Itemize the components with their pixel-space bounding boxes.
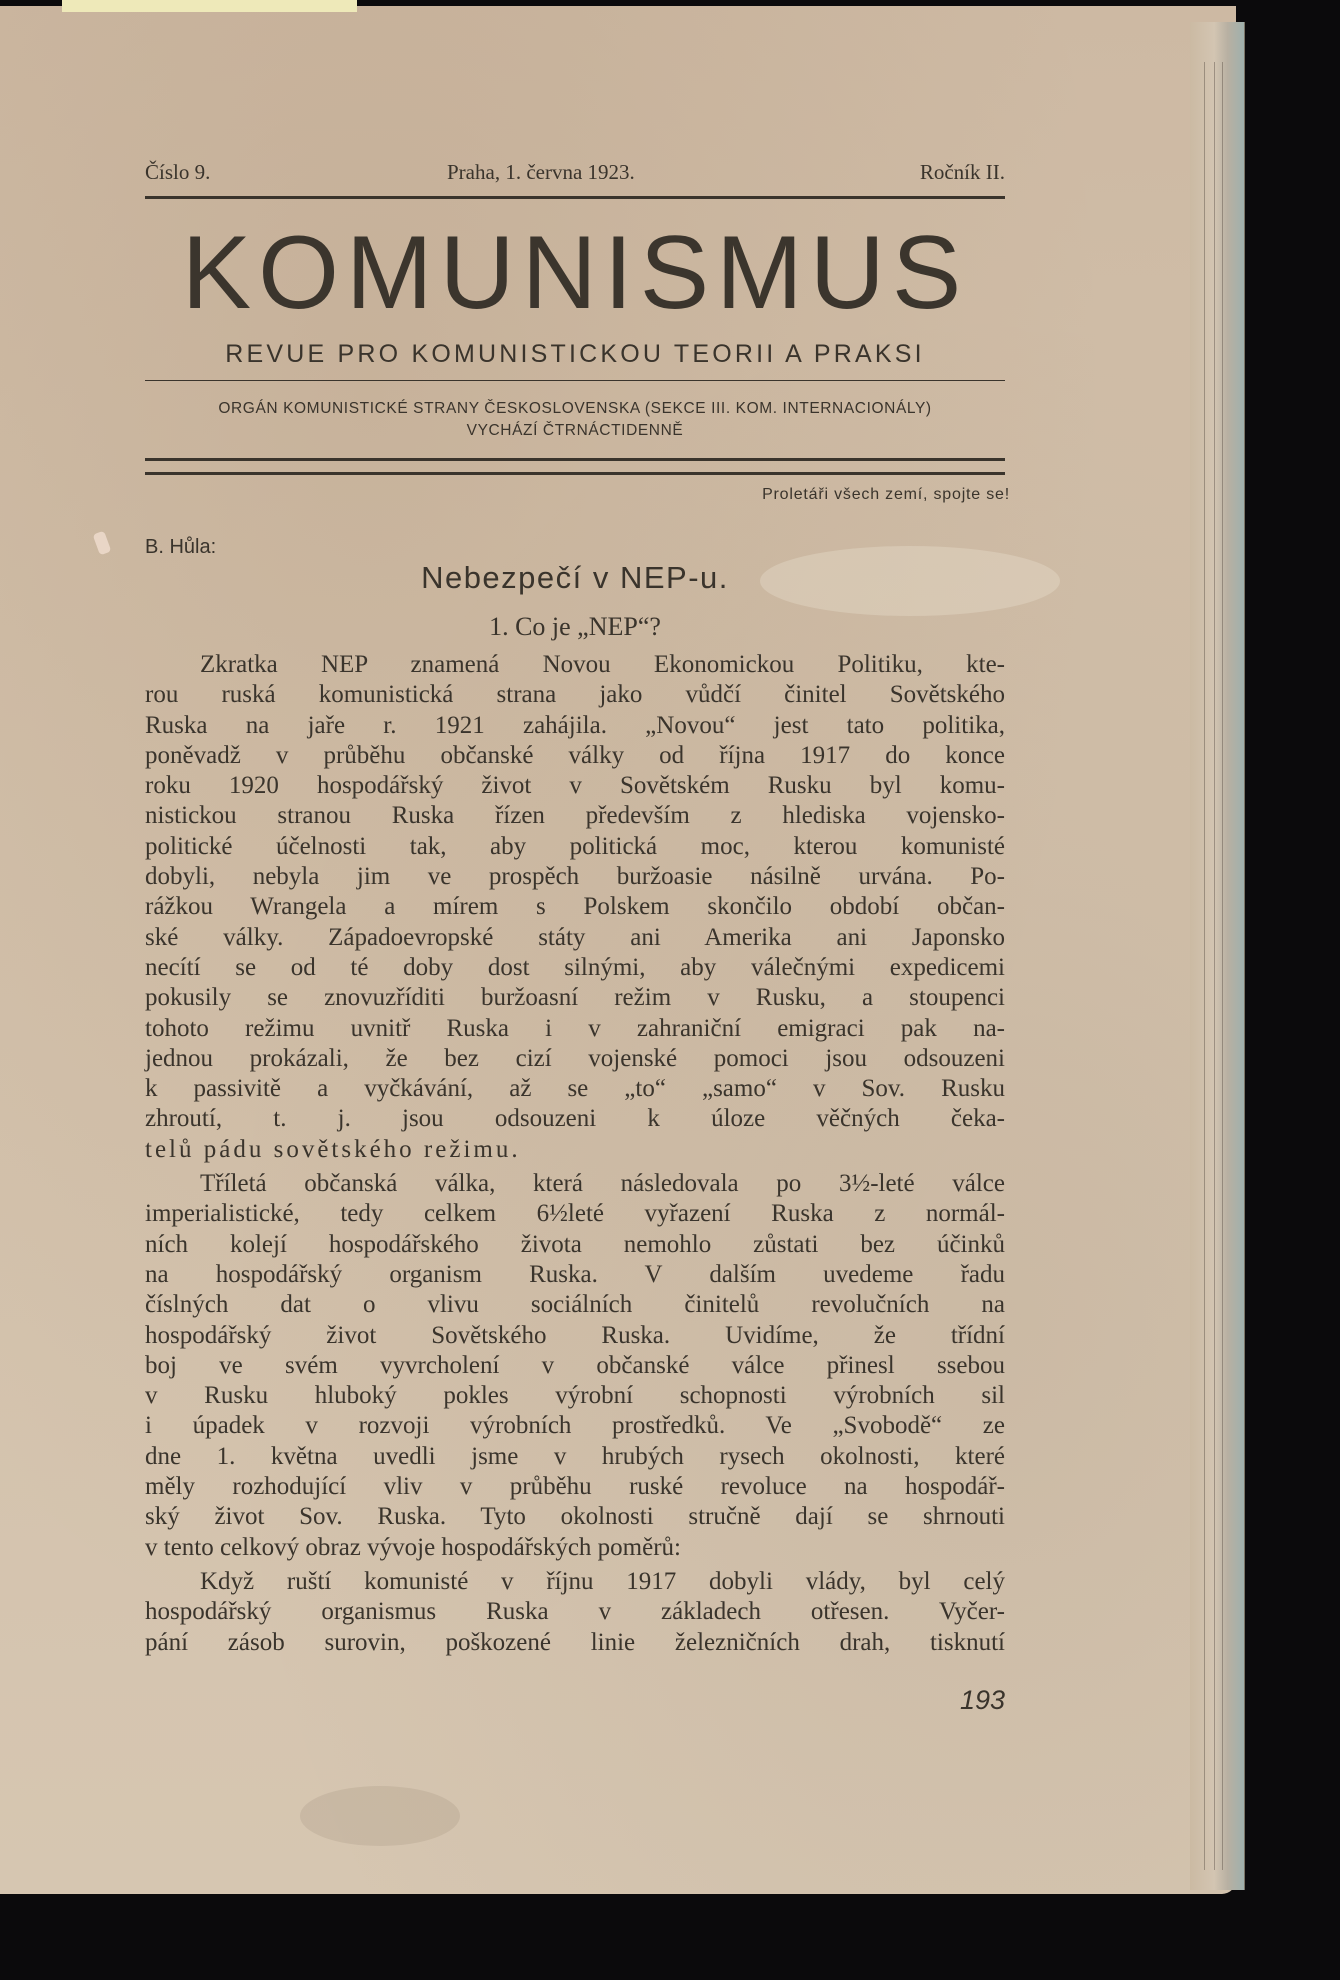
text-line: poněvadž v průběhu občanské války od říj… [145,741,1005,771]
place-date: Praha, 1. června 1923. [447,160,635,185]
masthead-title: KOMUNISMUS [140,218,1010,328]
organ-line: ORGÁN KOMUNISTICKÉ STRANY ČESKOSLOVENSKA… [140,398,1010,420]
text-line: hospodářský organismus Ruska v základech… [145,1597,1005,1627]
text-line: měly rozhodující vliv v průběhu ruské re… [145,1472,1005,1502]
text-line: číslných dat o vlivu sociálních činitelů… [145,1290,1005,1320]
text-line: ské války. Západoevropské státy ani Amer… [145,923,1005,953]
page-number: 193 [900,1685,1005,1716]
page-edge-line [1204,62,1205,1870]
publication-frequency: VYCHÁZÍ ČTRNÁCTIDENNĚ [140,420,1010,442]
text-line: roku 1920 hospodářský život v Sovětském … [145,771,1005,801]
text-line: rou ruská komunistická strana jako vůdčí… [145,680,1005,710]
paper-strip [62,0,357,12]
text-line: imperialistické, tedy celkem 6½leté vyřa… [145,1199,1005,1229]
text-line: na hospodářský organism Ruska. V dalším … [145,1260,1005,1290]
paragraph: Tříletá občanská válka, která následoval… [145,1169,1005,1563]
text-line: ních kolejí hospodářského života nemohlo… [145,1230,1005,1260]
text-line: v Rusku hluboký pokles výrobní schopnost… [145,1381,1005,1411]
section-heading: 1. Co je „NEP“? [145,612,1005,642]
text-line: pání zásob surovin, poškozené linie žele… [145,1628,1005,1658]
text-line: Zkratka NEP znamená Novou Ekonomickou Po… [145,650,1005,680]
text-line: Tříletá občanská válka, která následoval… [145,1169,1005,1199]
text-line: jednou prokázali, že bez cizí vojenské p… [145,1044,1005,1074]
volume-number: Ročník II. [920,160,1005,185]
motto: Proletáři všech zemí, spojte se! [600,486,1010,504]
page-edge-line [1222,62,1223,1870]
text-line: dobyli, nebyla jim ve prospěch buržoasie… [145,862,1005,892]
text-line: tohoto režimu uvnitř Ruska i v zahraničn… [145,1014,1005,1044]
issue-number: Číslo 9. [145,160,210,185]
text-line: telů pádu sovětského režimu. [145,1135,1005,1165]
paper-stain [300,1786,460,1846]
paragraph: Zkratka NEP znamená Novou Ekonomickou Po… [145,650,1005,1165]
text-line: zhroutí, t. j. jsou odsouzeni k úloze vě… [145,1104,1005,1134]
double-rule-top [145,458,1005,461]
header-rule [145,196,1005,199]
text-line: politické účelnosti tak, aby politická m… [145,832,1005,862]
page-stack-edge [1190,22,1245,1890]
text-line: Když ruští komunisté v říjnu 1917 dobyli… [145,1567,1005,1597]
article-body: Zkratka NEP znamená Novou Ekonomickou Po… [145,650,1005,1658]
text-line: pokusily se znovuzříditi buržoasní režim… [145,983,1005,1013]
article-author: B. Hůla: [145,536,216,559]
issue-header: Číslo 9. Praha, 1. června 1923. Ročník I… [145,160,1005,190]
subtitle-rule [145,380,1005,381]
page-edge-line [1214,62,1215,1870]
text-line: hospodářský život Sovětského Ruska. Uvid… [145,1321,1005,1351]
text-line: i úpadek v rozvoji výrobních prostředků.… [145,1411,1005,1441]
text-line: rážkou Wrangela a mírem s Polskem skonči… [145,892,1005,922]
text-line: dne 1. května uvedli jsme v hrubých ryse… [145,1442,1005,1472]
text-line: nistickou stranou Ruska řízen především … [145,801,1005,831]
text-line: k passivitě a vyčkávání, až se „to“ „sam… [145,1074,1005,1104]
text-line: ský život Sov. Ruska. Tyto okolnosti str… [145,1502,1005,1532]
text-line: Ruska na jaře r. 1921 zahájila. „Novou“ … [145,711,1005,741]
text-line: boj ve svém vyvrcholení v občanské válce… [145,1351,1005,1381]
double-rule-bottom [145,472,1005,475]
article-title: Nebezpečí v NEP-u. [145,560,1005,596]
text-line: v tento celkový obraz vývoje hospodářský… [145,1533,1005,1563]
organ-info: ORGÁN KOMUNISTICKÉ STRANY ČESKOSLOVENSKA… [140,398,1010,442]
paragraph: Když ruští komunisté v říjnu 1917 dobyli… [145,1567,1005,1658]
text-line: necítí se od té doby dost silnými, aby v… [145,953,1005,983]
masthead-subtitle: REVUE PRO KOMUNISTICKOU TEORII A PRAKSI [145,340,1005,369]
